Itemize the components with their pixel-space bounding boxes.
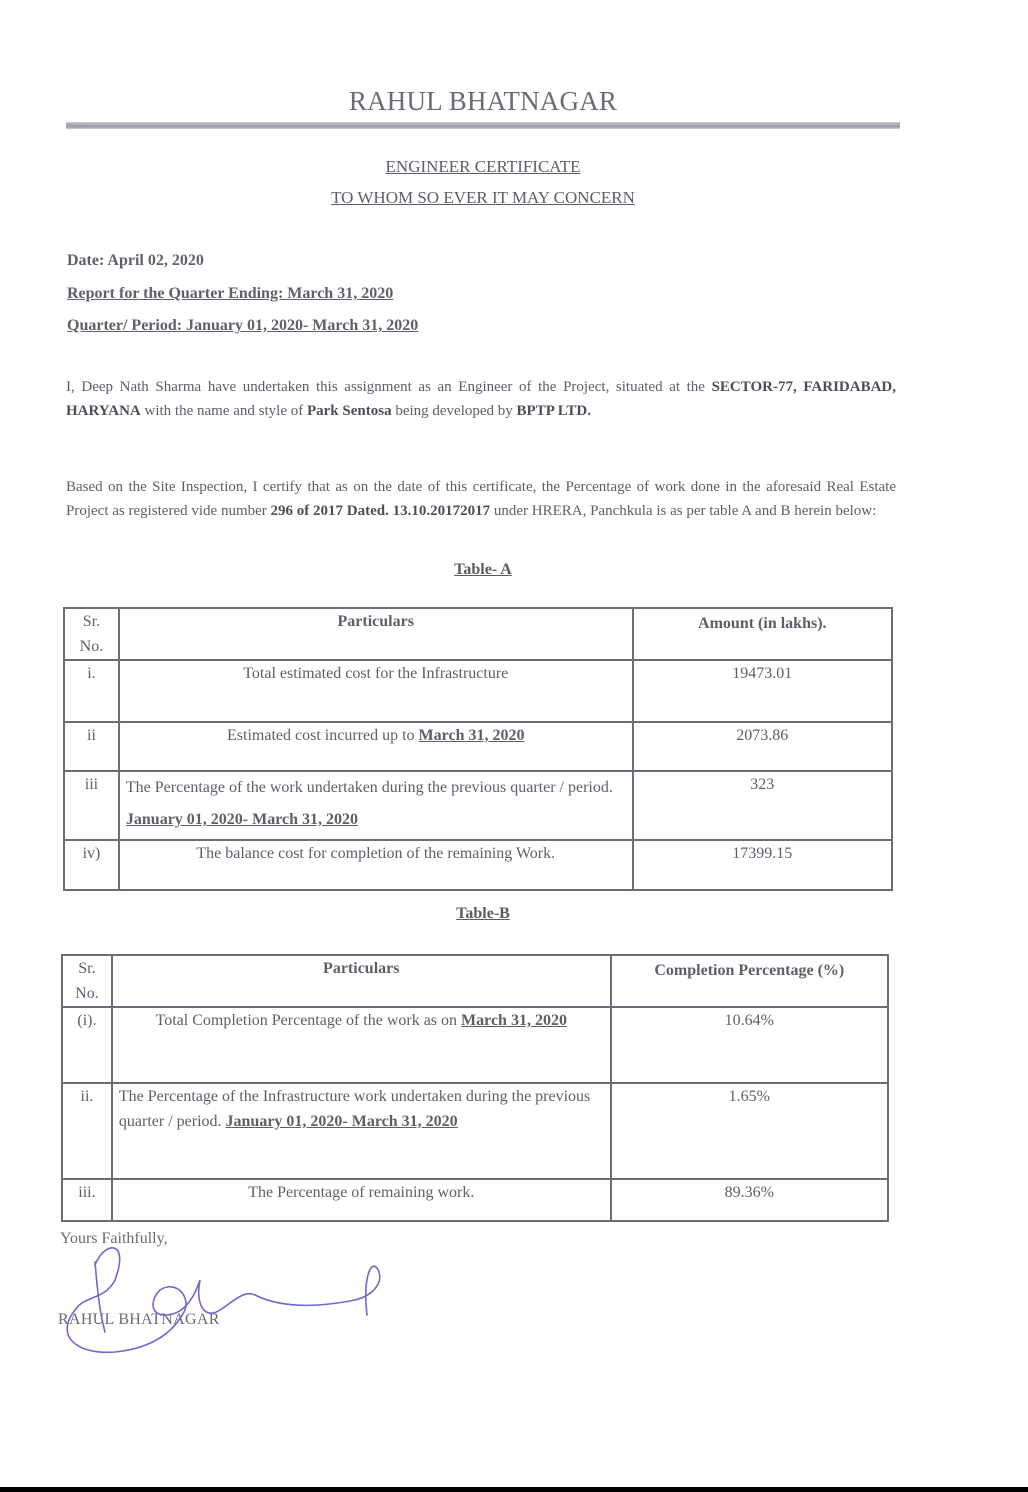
col-completion: Completion Percentage (%) (611, 955, 888, 1007)
table-row: i. Total estimated cost for the Infrastr… (64, 660, 892, 722)
table-b-header: Sr.No. Particulars Completion Percentage… (62, 955, 888, 1007)
row-text: Estimated cost incurred up to (227, 727, 419, 744)
row-value: 89.36% (611, 1179, 888, 1221)
para-text: with the name and style of (141, 403, 307, 419)
row-amount: 2073.86 (633, 722, 892, 771)
row-period: January 01, 2020- March 31, 2020 (226, 1113, 458, 1130)
table-row: ii. The Percentage of the Infrastructure… (62, 1083, 888, 1179)
project-name: Park Sentosa (307, 403, 392, 419)
col-sr-no: Sr.No. (64, 608, 119, 660)
letterhead-rule (66, 122, 900, 129)
row-value: 10.64% (611, 1007, 888, 1083)
col-particulars: Particulars (112, 955, 611, 1007)
col-amount: Amount (in lakhs). (633, 608, 892, 660)
row-sr: iii (64, 771, 119, 840)
table-a-title: Table- A (0, 561, 966, 579)
signature-icon (55, 1240, 400, 1360)
page-bottom-edge (0, 1487, 1028, 1492)
row-text: The balance cost for completion of the r… (196, 845, 555, 862)
row-sr: ii. (62, 1083, 112, 1179)
table-a: Sr.No. Particulars Amount (in lakhs). i.… (63, 607, 893, 891)
quarter-period: Quarter/ Period: January 01, 2020- March… (67, 317, 418, 335)
table-b-title: Table-B (0, 905, 966, 923)
developer-name: BPTP LTD. (517, 403, 591, 419)
row-sr: iv) (64, 840, 119, 890)
row-sr: ii (64, 722, 119, 771)
table-row: ii Estimated cost incurred up to March 3… (64, 722, 892, 771)
row-particulars: Total estimated cost for the Infrastruct… (119, 660, 633, 722)
row-sr: i. (64, 660, 119, 722)
row-period: January 01, 2020- March 31, 2020 (126, 811, 358, 828)
row-sr: iii. (62, 1179, 112, 1221)
row-amount: 19473.01 (633, 660, 892, 722)
row-particulars: Total Completion Percentage of the work … (112, 1007, 611, 1083)
row-value: 1.65% (611, 1083, 888, 1179)
table-row: iv) The balance cost for completion of t… (64, 840, 892, 890)
row-particulars: The Percentage of remaining work. (112, 1179, 611, 1221)
row-sr: (i). (62, 1007, 112, 1083)
para-text: being developed by (392, 403, 517, 419)
certificate-title: ENGINEER CERTIFICATE (0, 157, 966, 177)
assignment-paragraph: I, Deep Nath Sharma have undertaken this… (66, 375, 896, 423)
report-quarter-ending: Report for the Quarter Ending: March 31,… (67, 285, 393, 303)
col-sr-no: Sr.No. (62, 955, 112, 1007)
certificate-subtitle: TO WHOM SO EVER IT MAY CONCERN (0, 188, 966, 208)
row-date: March 31, 2020 (461, 1012, 567, 1029)
registration-number: 296 of 2017 Dated. 13.10.20172017 (271, 503, 491, 519)
row-particulars: The Percentage of the Infrastructure wor… (112, 1083, 611, 1179)
row-amount: 17399.15 (633, 840, 892, 890)
table-row: iii. The Percentage of remaining work. 8… (62, 1179, 888, 1221)
row-amount: 323 (633, 771, 892, 840)
table-a-header: Sr.No. Particulars Amount (in lakhs). (64, 608, 892, 660)
certification-paragraph: Based on the Site Inspection, I certify … (66, 475, 896, 523)
letterhead-name: RAHUL BHATNAGAR (0, 86, 966, 117)
row-text: The Percentage of the work undertaken du… (126, 779, 613, 796)
row-particulars: Estimated cost incurred up to March 31, … (119, 722, 633, 771)
row-particulars: The balance cost for completion of the r… (119, 840, 633, 890)
row-date: March 31, 2020 (419, 727, 525, 744)
row-particulars: The Percentage of the work undertaken du… (119, 771, 633, 840)
col-particulars: Particulars (119, 608, 633, 660)
table-b: Sr.No. Particulars Completion Percentage… (61, 954, 889, 1222)
table-row: (i). Total Completion Percentage of the … (62, 1007, 888, 1083)
row-text: Total Completion Percentage of the work … (156, 1012, 461, 1029)
certificate-date: Date: April 02, 2020 (67, 252, 204, 270)
table-row: iii The Percentage of the work undertake… (64, 771, 892, 840)
row-text: Total estimated cost for the Infrastruct… (243, 665, 508, 682)
para-text: under HRERA, Panchkula is as per table A… (490, 503, 876, 519)
row-text: The Percentage of remaining work. (248, 1184, 474, 1201)
para-text: I, Deep Nath Sharma have undertaken this… (66, 379, 712, 395)
